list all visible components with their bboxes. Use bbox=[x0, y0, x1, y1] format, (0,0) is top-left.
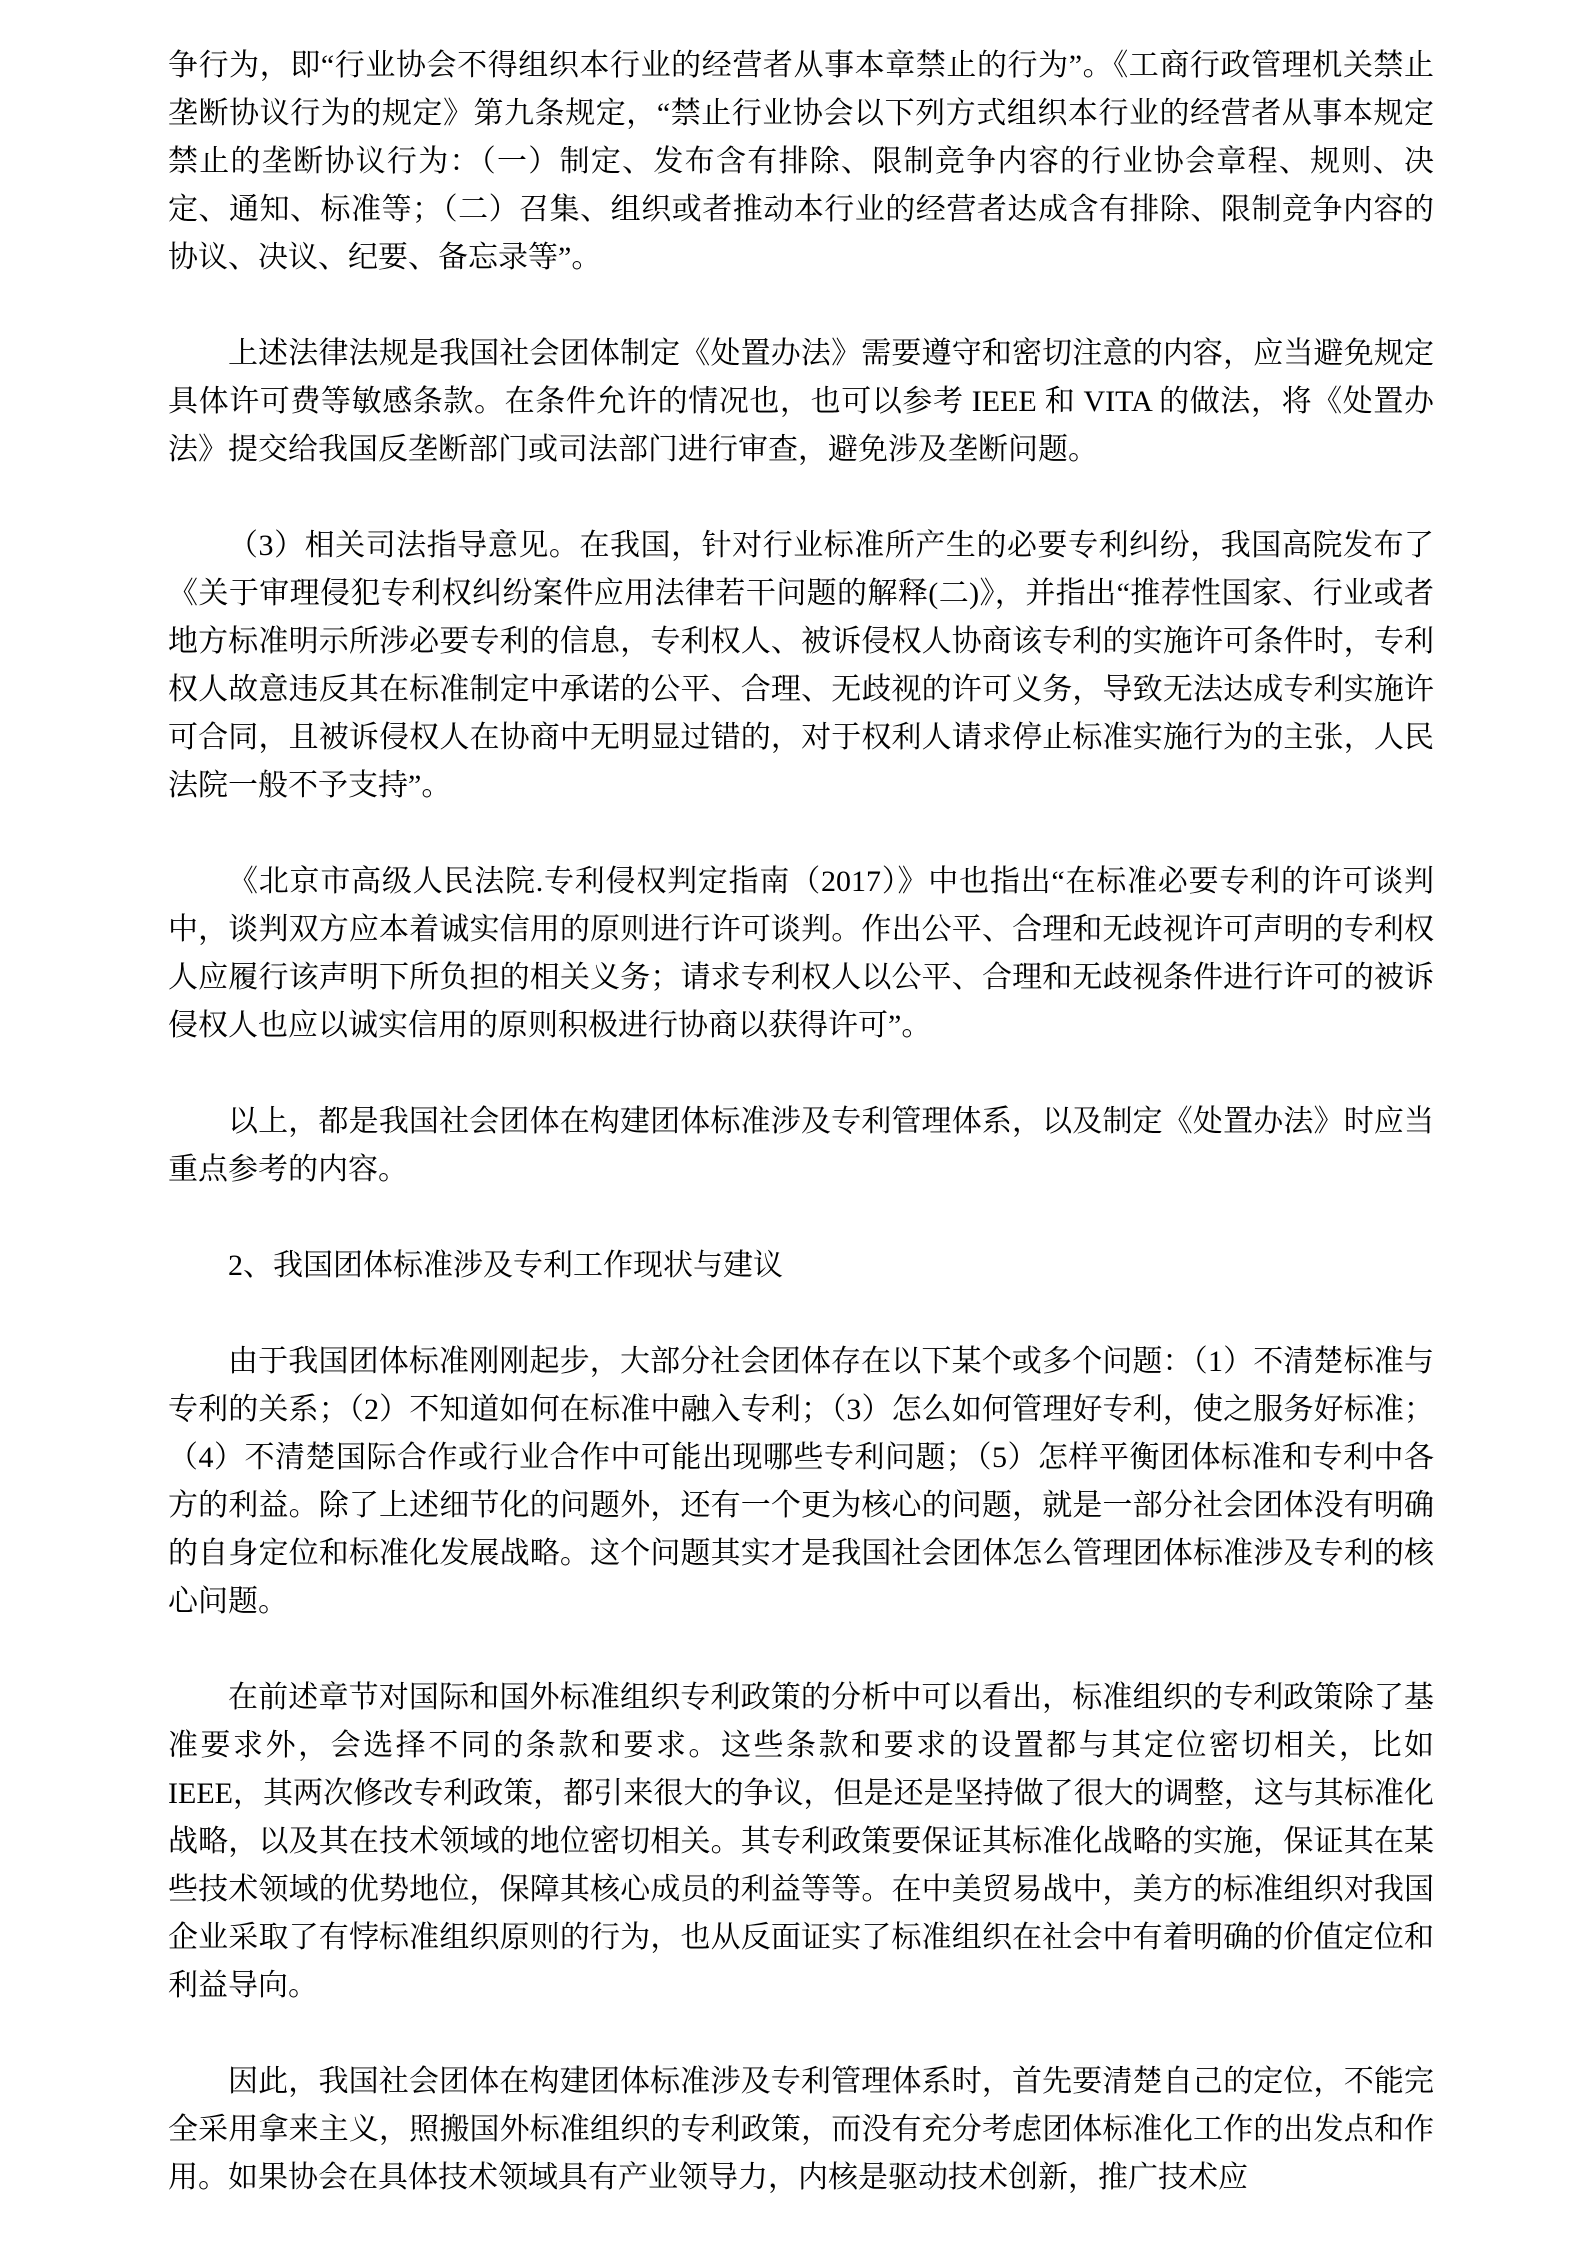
document-body: 争行为，即“行业协会不得组织本行业的经营者从事本章禁止的行为”。《工商行政管理机… bbox=[168, 42, 1434, 2245]
paragraph: 因此，我国社会团体在构建团体标准涉及专利管理体系时，首先要清楚自己的定位，不能完… bbox=[168, 2058, 1434, 2202]
paragraph: 以上，都是我国社会团体在构建团体标准涉及专利管理体系，以及制定《处置办法》时应当… bbox=[168, 1098, 1434, 1194]
paragraph-continuation: 争行为，即“行业协会不得组织本行业的经营者从事本章禁止的行为”。《工商行政管理机… bbox=[168, 42, 1434, 282]
section-heading: 2、我国团体标准涉及专利工作现状与建议 bbox=[168, 1242, 1434, 1290]
paragraph: （3）相关司法指导意见。在我国，针对行业标准所产生的必要专利纠纷，我国高院发布了… bbox=[168, 522, 1434, 810]
document-page: 争行为，即“行业协会不得组织本行业的经营者从事本章禁止的行为”。《工商行政管理机… bbox=[0, 0, 1587, 2245]
paragraph: 在前述章节对国际和国外标准组织专利政策的分析中可以看出，标准组织的专利政策除了基… bbox=[168, 1674, 1434, 2010]
paragraph: 上述法律法规是我国社会团体制定《处置办法》需要遵守和密切注意的内容，应当避免规定… bbox=[168, 330, 1434, 474]
paragraph: 由于我国团体标准刚刚起步，大部分社会团体存在以下某个或多个问题：（1）不清楚标准… bbox=[168, 1338, 1434, 1626]
paragraph: 《北京市高级人民法院.专利侵权判定指南（2017）》中也指出“在标准必要专利的许… bbox=[168, 858, 1434, 1050]
